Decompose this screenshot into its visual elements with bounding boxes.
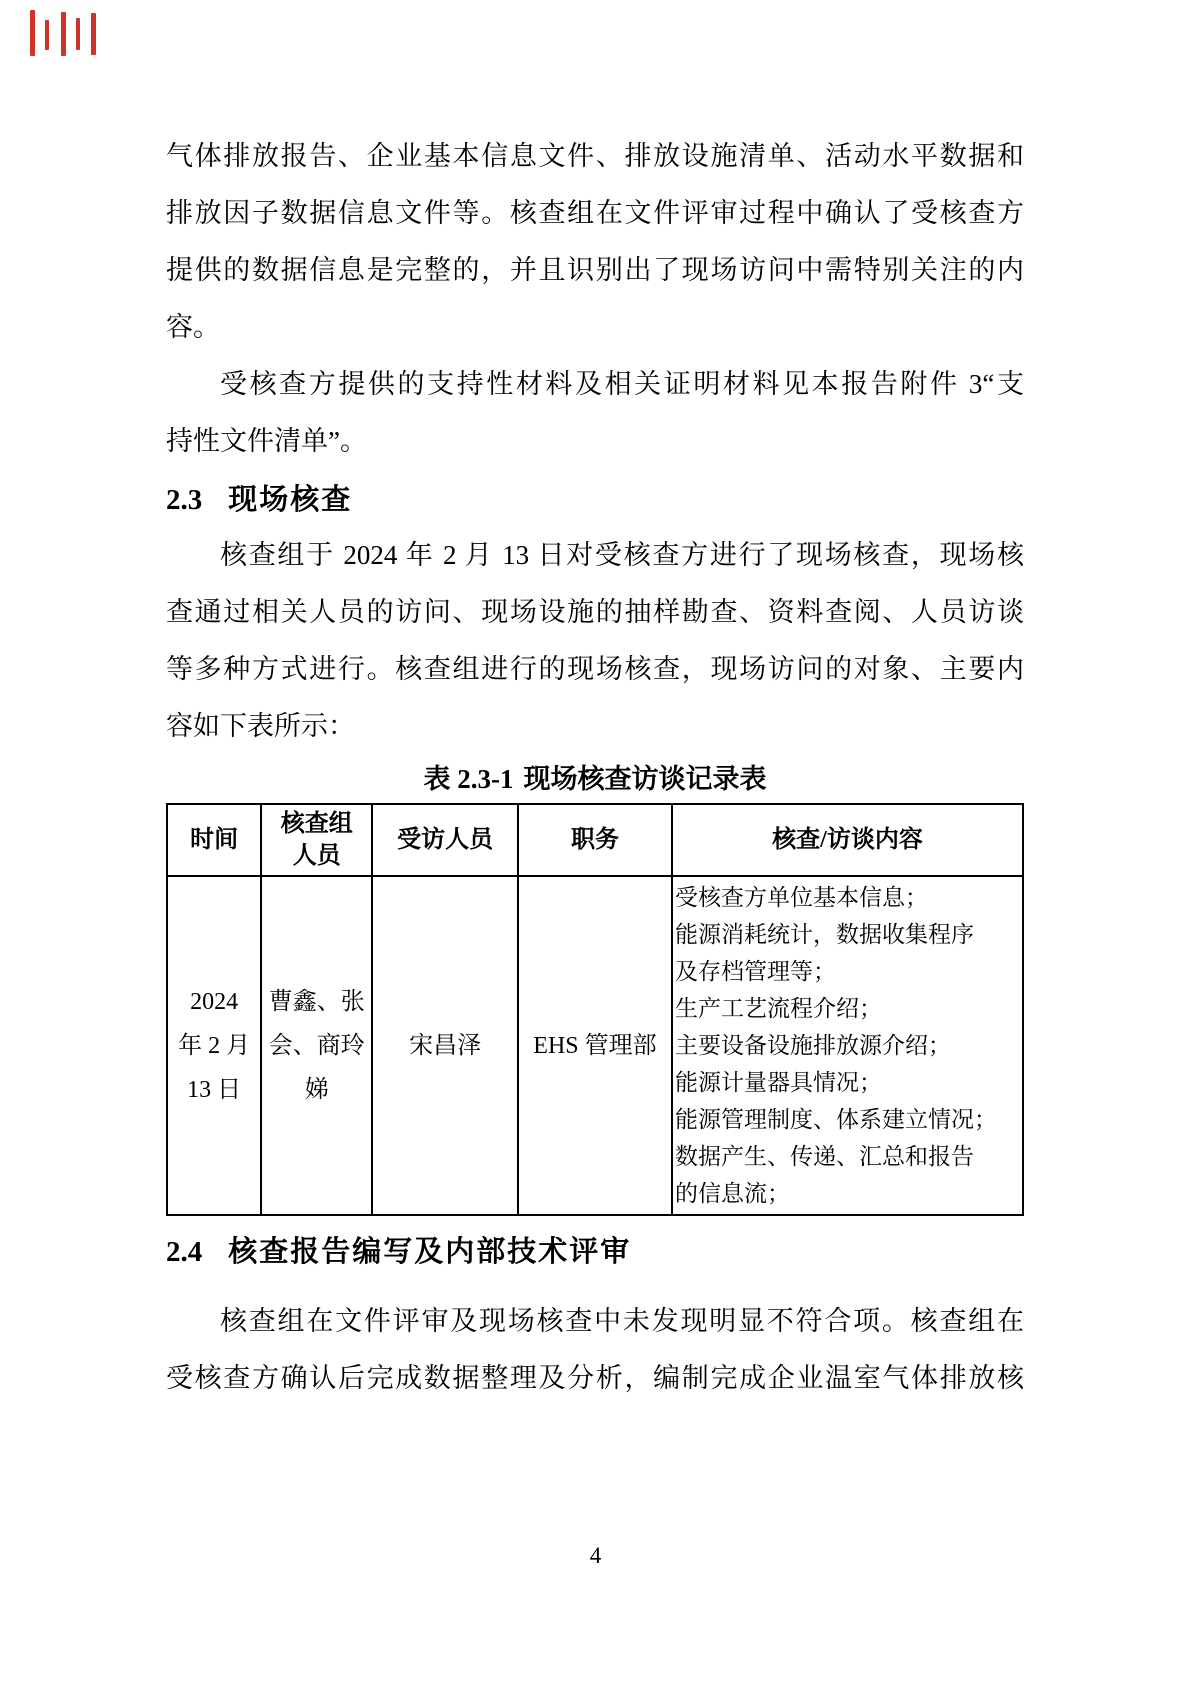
section-2-4-paragraph: 核查组在文件评审及现场核查中未发现明显不符合项。核查组在 受核查方确认后完成数据… <box>166 1293 1024 1407</box>
cell-time-line: 年 2 月 <box>170 1024 258 1068</box>
cell-time-line: 2024 <box>170 980 258 1024</box>
paragraph-line: 容如下表所示： <box>166 698 1024 755</box>
table-row: 2024 年 2 月 13 日 曹鑫、张 会、商玲 娣 宋昌泽 EHS 管理部 … <box>167 876 1023 1215</box>
cell-team-line: 娣 <box>264 1068 369 1112</box>
content-line: 能源计量器具情况； <box>675 1064 1020 1101</box>
section-heading-2-3: 2.3现场核查 <box>166 478 1024 527</box>
content-line: 的信息流； <box>675 1175 1020 1212</box>
paragraph-line: 核查组在文件评审及现场核查中未发现明显不符合项。核查组在 <box>166 1293 1024 1350</box>
paragraph-line: 容。 <box>166 299 1024 356</box>
paragraph-line: 核查组于 2024 年 2 月 13 日对受核查方进行了现场核查，现场核 <box>166 527 1024 584</box>
col-header-team-line1: 核查组 <box>264 808 369 840</box>
paragraph-line: 气体排放报告、企业基本信息文件、排放设施清单、活动水平数据和 <box>166 128 1024 185</box>
paragraph-line: 排放因子数据信息文件等。核查组在文件评审过程中确认了受核查方 <box>166 185 1024 242</box>
content-line: 及存档管理等； <box>675 953 1020 990</box>
cell-team-line: 曹鑫、张 <box>264 980 369 1024</box>
paragraph-line: 受核查方确认后完成数据整理及分析，编制完成企业温室气体排放核 <box>166 1350 1024 1407</box>
intro-paragraph-1: 气体排放报告、企业基本信息文件、排放设施清单、活动水平数据和 排放因子数据信息文… <box>166 128 1024 356</box>
col-header-position: 职务 <box>518 804 672 876</box>
section-title: 现场核查 <box>228 484 352 516</box>
page-number: 4 <box>0 1543 1191 1569</box>
content-line: 生产工艺流程介绍； <box>675 990 1020 1027</box>
paragraph-line: 等多种方式进行。核查组进行的现场核查，现场访问的对象、主要内 <box>166 641 1024 698</box>
col-header-team-line2: 人员 <box>264 840 369 872</box>
paragraph-line: 提供的数据信息是完整的，并且识别出了现场访问中需特别关注的内 <box>166 242 1024 299</box>
section-number: 2.4 <box>166 1236 202 1268</box>
content-line: 能源消耗统计，数据收集程序 <box>675 916 1020 953</box>
table-caption-number: 表 2.3-1 <box>424 764 514 794</box>
red-stamp-fragment <box>30 8 108 60</box>
cell-team-line: 会、商玲 <box>264 1024 369 1068</box>
intro-paragraph-2: 受核查方提供的支持性材料及相关证明材料见本报告附件 3“支 持性文件清单”。 <box>166 356 1024 470</box>
cell-interviewee: 宋昌泽 <box>372 876 518 1215</box>
col-header-interviewee: 受访人员 <box>372 804 518 876</box>
table-caption-title: 现场核查访谈记录表 <box>524 764 767 794</box>
content-line: 能源管理制度、体系建立情况； <box>675 1101 1020 1138</box>
col-header-team: 核查组 人员 <box>261 804 372 876</box>
paragraph-line: 持性文件清单”。 <box>166 413 1024 470</box>
page-content: 气体排放报告、企业基本信息文件、排放设施清单、活动水平数据和 排放因子数据信息文… <box>166 128 1024 1407</box>
col-header-content: 核查/访谈内容 <box>672 804 1023 876</box>
content-line: 主要设备设施排放源介绍； <box>675 1027 1020 1064</box>
interview-record-table: 时间 核查组 人员 受访人员 职务 核查/访谈内容 2024 年 2 月 13 … <box>166 803 1024 1216</box>
cell-time-line: 13 日 <box>170 1068 258 1112</box>
paragraph-line: 受核查方提供的支持性材料及相关证明材料见本报告附件 3“支 <box>166 356 1024 413</box>
cell-content: 受核查方单位基本信息； 能源消耗统计，数据收集程序 及存档管理等； 生产工艺流程… <box>672 876 1023 1215</box>
content-line: 受核查方单位基本信息； <box>675 879 1020 916</box>
table-caption: 表 2.3-1现场核查访谈记录表 <box>166 757 1024 801</box>
section-number: 2.3 <box>166 484 202 516</box>
table-header-row: 时间 核查组 人员 受访人员 职务 核查/访谈内容 <box>167 804 1023 876</box>
paragraph-line: 查通过相关人员的访问、现场设施的抽样勘查、资料查阅、人员访谈 <box>166 584 1024 641</box>
col-header-time: 时间 <box>167 804 261 876</box>
cell-team: 曹鑫、张 会、商玲 娣 <box>261 876 372 1215</box>
content-line: 数据产生、传递、汇总和报告 <box>675 1138 1020 1175</box>
document-page: 气体排放报告、企业基本信息文件、排放设施清单、活动水平数据和 排放因子数据信息文… <box>0 0 1191 1684</box>
section-heading-2-4: 2.4核查报告编写及内部技术评审 <box>166 1230 1024 1279</box>
cell-time: 2024 年 2 月 13 日 <box>167 876 261 1215</box>
section-title: 核查报告编写及内部技术评审 <box>228 1236 631 1268</box>
cell-position: EHS 管理部 <box>518 876 672 1215</box>
section-2-3-paragraph: 核查组于 2024 年 2 月 13 日对受核查方进行了现场核查，现场核 查通过… <box>166 527 1024 755</box>
